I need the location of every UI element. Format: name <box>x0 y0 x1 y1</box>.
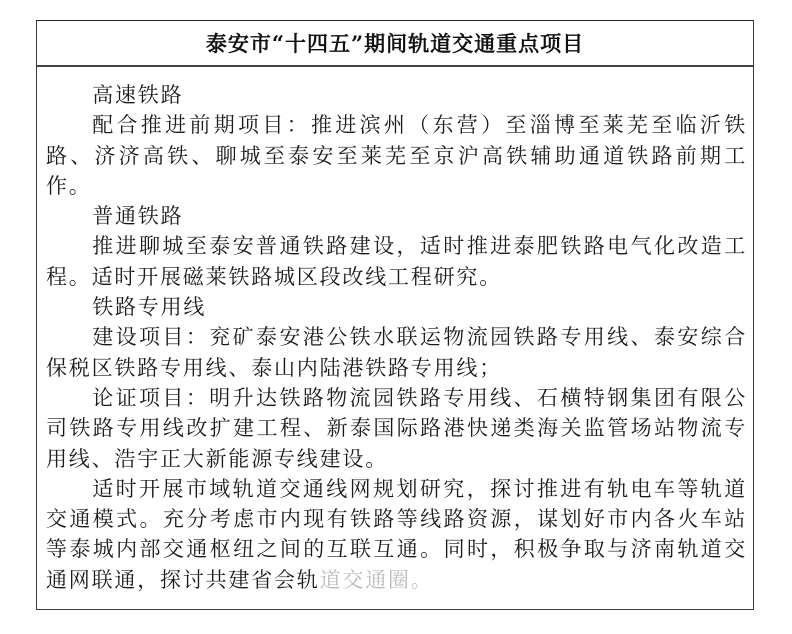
section-heading-conventional-rail: 普通铁路 <box>46 201 747 231</box>
paragraph-conventional-rail: 推进聊城至泰安普通铁路建设，适时推进泰肥铁路电气化改造工程。适时开展磁莱铁路城区… <box>46 231 747 292</box>
paragraph-feasibility-projects: 论证项目：明升达铁路物流园铁路专用线、石横特钢集团有限公司铁路专用线改扩建工程、… <box>46 383 747 474</box>
section-heading-railway-spur-lines: 铁路专用线 <box>46 292 747 322</box>
document-title: 泰安市“十四五”期间轨道交通重点项目 <box>206 28 584 58</box>
table-header: 泰安市“十四五”期间轨道交通重点项目 <box>37 21 753 67</box>
paragraph-high-speed-rail: 配合推进前期项目：推进滨州（东营）至淄博至莱芜至临沂铁路、济济高铁、聊城至泰安至… <box>46 110 747 201</box>
section-heading-high-speed-rail: 高速铁路 <box>46 80 747 110</box>
project-table: 泰安市“十四五”期间轨道交通重点项目 高速铁路 配合推进前期项目：推进滨州（东营… <box>36 20 754 610</box>
table-body: 高速铁路 配合推进前期项目：推进滨州（东营）至淄博至莱芜至临沂铁路、济济高铁、聊… <box>37 67 753 595</box>
paragraph-closing: 适时开展市域轨道交通线网规划研究，探讨推进有轨电车等轨道交通模式。充分考虑市内现… <box>46 474 747 595</box>
closing-text-obscured: 道交通圈。 <box>320 568 434 592</box>
paragraph-construction-projects: 建设项目：兖矿泰安港公铁水联运物流园铁路专用线、泰安综合保税区铁路专用线、泰山内… <box>46 322 747 383</box>
